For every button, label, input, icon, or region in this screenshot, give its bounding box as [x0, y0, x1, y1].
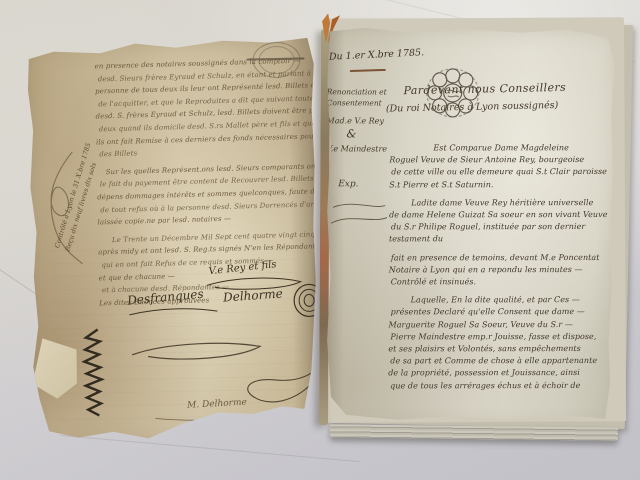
manuscript-line: de dame Helene Guizat Sa soeur en son vi…	[389, 209, 615, 222]
manuscript-line: Ladite dame Veuve Rey héritière universe…	[411, 197, 615, 210]
margin-note: Mad.e V.e Rey	[327, 116, 397, 125]
margin-note: Exp.	[338, 179, 396, 189]
margin-flourish-loops	[42, 148, 88, 269]
manuscript-line: testament du	[389, 233, 615, 246]
manuscript-line: de cette ville ou elle demeure quai S.t …	[391, 166, 615, 179]
margin-note: &	[346, 127, 396, 140]
manuscript-line: Roguel Veuve de Sieur Antoine Rey, bourg…	[389, 154, 615, 167]
signature-tail-flourish	[151, 408, 281, 424]
manuscript-line: fait en presence de temoins, devant M.e …	[391, 252, 615, 265]
manuscript-photo: en presence des notaires soussignés dans…	[0, 0, 640, 480]
manuscript-line: que de tous les arrérages échus et à éch…	[390, 380, 614, 393]
date-underline	[350, 69, 386, 72]
manuscript-line: et ses plaisirs et Volontés, sans empêch…	[388, 343, 614, 356]
manuscript-line: Pierre Maindestre emp.r Jouisse, fasse e…	[390, 331, 614, 344]
manuscript-line: S.t Pierre et S.t Saturnin.	[389, 179, 615, 192]
manuscript-line: présentes Declaré qu'elle Consent que da…	[391, 306, 615, 319]
illegible-dark-scrawl	[78, 327, 110, 420]
manuscript-line: Laquelle, En la dite qualité, et par Ces…	[411, 294, 615, 307]
right-page-text-block: Est Comparue Dame Magdeleine Roguel Veuv…	[388, 142, 615, 393]
manuscript-line: du S.r Philipe Roguel, instituée par son…	[391, 221, 615, 234]
manuscript-line: Est Comparue Dame Magdeleine	[433, 142, 615, 155]
long-underline-flourish	[128, 336, 264, 365]
margin-note: V.e Maindestre	[326, 144, 396, 153]
left-page-text-block: en presence des notaires soussignés dans…	[94, 55, 319, 308]
manuscript-line: de sa part et Comme de chose à elle appa…	[390, 355, 614, 368]
margin-s-flourish	[329, 201, 389, 227]
margin-note: Consentement	[327, 98, 397, 107]
manuscript-line: Notaire à Lyon qui en a repondu les minu…	[389, 264, 615, 277]
heading-line: (Du roi Notaires à Lyon soussignés)	[386, 99, 618, 115]
margin-notes-column: Renonciation et Consentement Mad.e V.e R…	[326, 87, 397, 189]
notarial-heading: Pardevant nous Conseillers (Du roi Notai…	[385, 80, 618, 115]
page-stack-bottom-edge	[330, 424, 618, 441]
right-document-bundle: Du 1.er X.bre 1785. Pardevant nous Conse…	[322, 25, 622, 431]
document-date: Du 1.er X.bre 1785.	[329, 47, 425, 62]
margin-note: Renonciation et	[327, 87, 397, 96]
left-document-page: en presence des notaires soussignés dans…	[24, 35, 324, 449]
manuscript-line: de la propriété, possession et Jouissanc…	[388, 367, 614, 380]
manuscript-line: Contrôlé et insinués.	[391, 276, 615, 289]
right-page-sheet: Du 1.er X.bre 1785. Pardevant nous Conse…	[322, 25, 622, 431]
manuscript-line: Marguerite Roguel Sa Soeur, Veuve du S.r…	[388, 319, 614, 332]
signature-underline-flourish	[125, 305, 221, 321]
surface-crease	[61, 435, 360, 462]
